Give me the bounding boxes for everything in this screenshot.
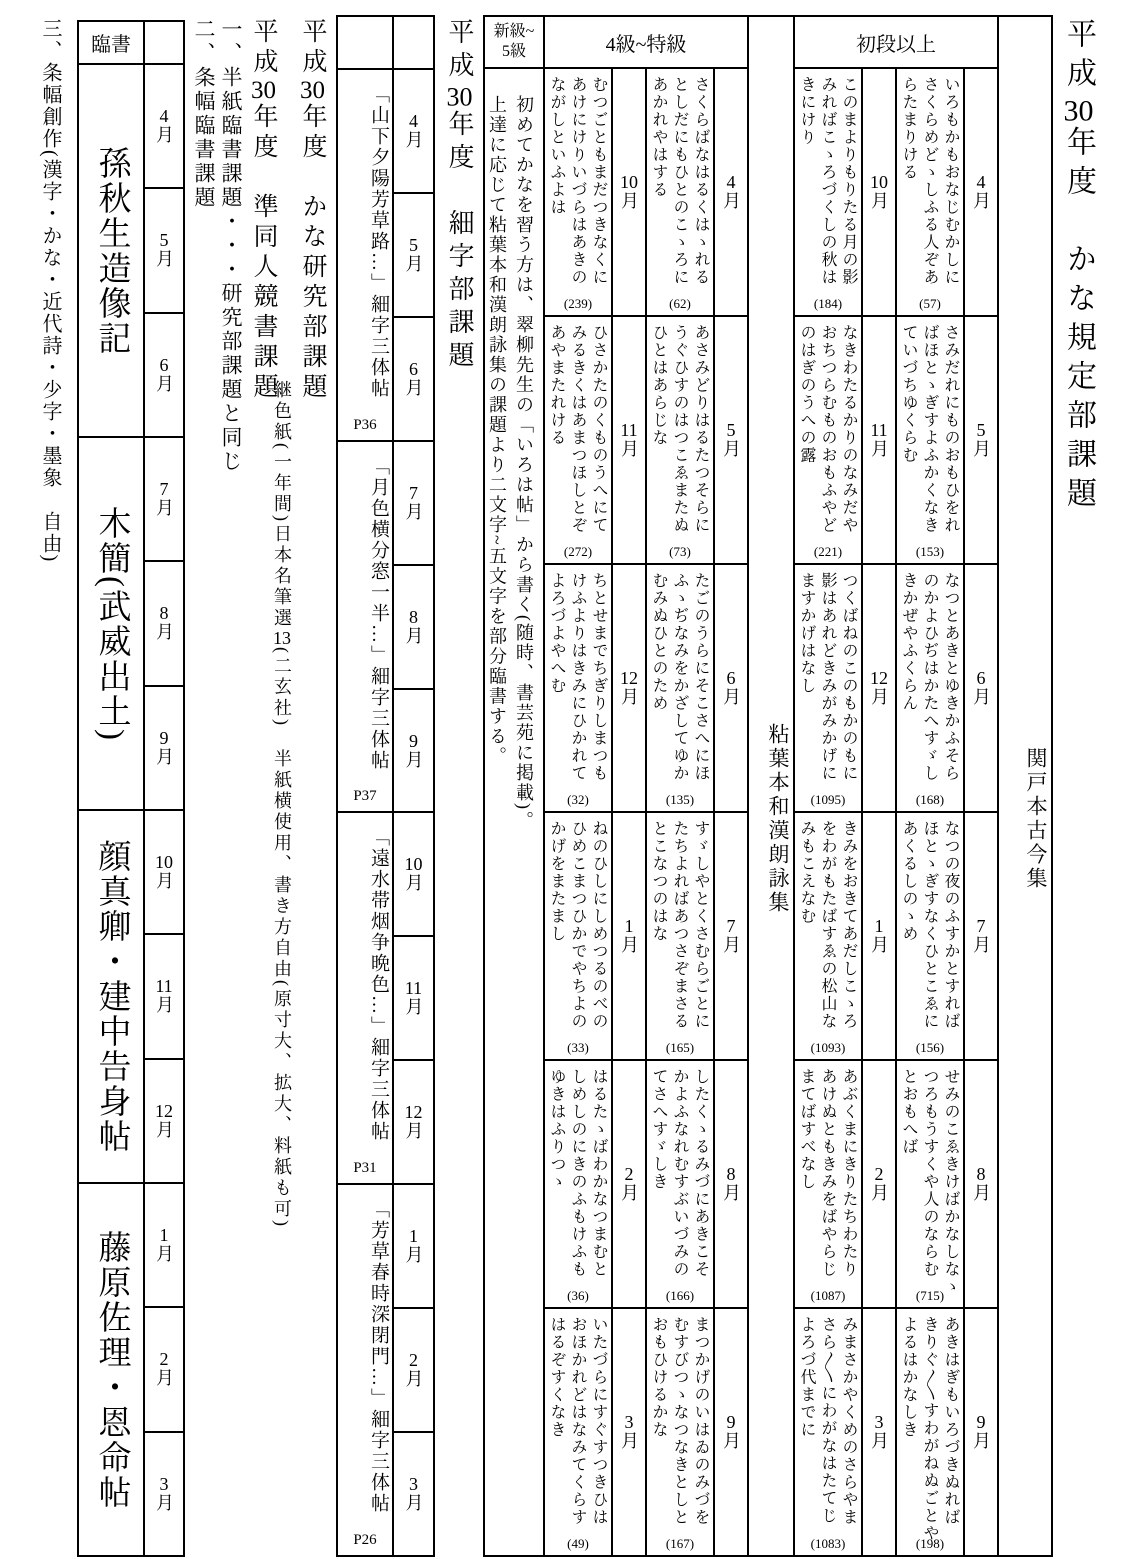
month-cell: 11月 [862,316,896,564]
month-label: 7月 [151,480,177,518]
poem-number: (272) [545,544,611,560]
month-label: 12月 [401,1103,427,1141]
month-label: 1月 [151,1226,177,1264]
month-label: 10月 [866,173,892,211]
rinsho-table: 臨書 4月5月6月7月8月9月10月11月12月1月2月3月孫秋生造像記木簡(武… [77,20,185,1557]
month-label: 7月 [401,484,427,522]
month-label: 5月 [401,236,427,274]
saiji-entry-text: 「遠水帯烟争晩色…」細字三体帖 [338,827,392,1142]
source-sekidobon-kokinshu: 関戸本古今集 [998,16,1052,1556]
poem-cell: むつごともまだつきなくにあけにけりいづらはあきのながしといふよは(239) [544,68,612,316]
month-label: 4月 [401,112,427,150]
poem-cell: まつかげのいはゐのみづをむすびつゝなつなきとしとおもひけるかな(167) [646,1308,714,1556]
poem-number: (57) [897,296,963,312]
poem-text: みまさかやくめのさらやまさら〱にわがなはたてじよろづ代までに [796,1316,859,1526]
month-label: 9月 [401,732,427,770]
source-sekidobon-kokinshu-label: 関戸本古今集 [999,17,1051,1555]
rinsho-entry-text: 木簡(武威出土) [95,506,128,742]
poem-text: まつかげのいはゐのみづをむすびつゝなつなきとしとおもひけるかな [648,1316,711,1526]
header-4kyu-tokkyu: 4級~特級 [544,16,748,68]
month-label: 12月 [151,1102,177,1140]
saiji-entry-page: P36 [338,417,392,434]
poem-cell: あさみどりはるたつそらにうぐひすのはつこゑまたぬひとはあらじな(73) [646,316,714,564]
month-cell: 7月 [714,812,748,1060]
month-cell: 8月 [144,561,184,685]
header-shodan-ijou: 初段以上 [794,16,998,68]
month-label: 9月 [718,1413,744,1451]
poem-text: あさみどりはるたつそらにうぐひすのはつこゑまたぬひとはあらじな [648,324,711,534]
month-cell: 10月 [862,68,896,316]
month-label: 2月 [151,1350,177,1388]
month-label: 8月 [401,608,427,646]
rinsho-entry-cell: 顔真卿・建中告身帖 [78,810,144,1183]
month-label: 4月 [151,107,177,145]
rinsho-entry-text: 顔真卿・建中告身帖 [95,839,128,1154]
month-label: 12月 [616,669,642,707]
month-label: 8月 [968,1165,994,1203]
poem-number: (49) [545,1536,611,1552]
poem-number: (715) [897,1288,963,1304]
poem-text: ひさかたのくものうへにてみるきくはあまつほしとぞあやまたれける [546,324,609,534]
month-cell: 1月 [393,1184,434,1308]
source-decchobon-wakanroeishu-label: 粘葉本和漢朗詠集 [749,17,793,1555]
month-cell: 1月 [144,1183,184,1307]
poem-cell: たごのうらにそこさへにほふゝぢなみをかざしてゆかむみぬひとのため(135) [646,564,714,812]
saiji-header-empty-content [337,16,393,69]
month-cell: 4月 [393,69,434,193]
month-label: 5月 [718,421,744,459]
poem-cell: つくばねのこのもかのもに影はあれどきみがみかげにますかげはなし(1095) [794,564,862,812]
poem-cell: すゞしやとくさむらごとにたちよればあつさぞまさるとこなつのはな(165) [646,812,714,1060]
poem-cell: いたづらにすぐすつきひはおほかれどはなみてくらすはるぞすくなき(49) [544,1308,612,1556]
month-cell: 5月 [393,193,434,317]
poem-number: (1083) [795,1536,861,1552]
poem-number: (167) [647,1536,713,1552]
month-cell: 11月 [612,316,646,564]
month-cell: 12月 [144,1059,184,1183]
month-cell: 7月 [964,812,998,1060]
month-label: 6月 [968,669,994,707]
poem-number: (1087) [795,1288,861,1304]
saiji-entry-cell: 「山下夕陽芳草路…」細字三体帖P36 [337,69,393,441]
month-cell: 9月 [714,1308,748,1556]
month-cell: 7月 [144,437,184,561]
month-label: 2月 [616,1165,642,1203]
poem-number: (1093) [795,1040,861,1056]
month-cell: 8月 [964,1060,998,1308]
month-cell: 2月 [612,1060,646,1308]
saiji-entry-cell: 「遠水帯烟争晩色…」細字三体帖P31 [337,812,393,1184]
rinsho-header-empty-month [144,21,184,64]
page-title: 平成30年度 かな規定部課題 [1056,18,1100,516]
month-label: 9月 [968,1413,994,1451]
poem-text: なつとあきとゆきかふそらのかよひぢはかたへすゞしきかぜやふくらん [898,572,961,782]
poem-text: ねのひしにしめつるのべのひめこまつひかでやちよのかげをまたまし [546,820,609,1030]
poem-text: つくばねのこのもかのもに影はあれどきみがみかげにますかげはなし [796,572,859,782]
month-label: 4月 [718,173,744,211]
poem-text: したくゝるみづにあきこそかよふなれむすぶいづみのてさへすゞしき [648,1068,711,1278]
kenkyu-section-title: 平成30年度 かな研究部課題 [294,18,330,403]
poem-number: (221) [795,544,861,560]
rinsho-entry-cell: 孫秋生造像記 [78,64,144,437]
month-label: 11月 [616,421,642,459]
month-cell: 8月 [714,1060,748,1308]
poem-text: ちとせまでちぎりしまつもけふよりはきみにひかれてよろづよやへむ [546,572,609,782]
month-label: 6月 [151,356,177,394]
month-label: 6月 [401,360,427,398]
month-label: 9月 [151,729,177,767]
saiji-section-title: 平成30年度 細字部課題 [441,18,478,374]
month-label: 5月 [968,421,994,459]
rinsho-entry-text: 孫秋生造像記 [95,146,128,356]
poem-cell: このまよりもりたる月の影みればこゝろづくしの秋はきにけり(184) [794,68,862,316]
shinkyu-note-cell: 初めてかなを習う方は、翠柳先生の「いろは帖」から書く(随時、書芸苑に掲載)。 上… [484,68,544,1556]
month-label: 10月 [401,855,427,893]
month-cell: 9月 [393,689,434,813]
month-cell: 3月 [612,1308,646,1556]
month-cell: 2月 [144,1307,184,1431]
poem-number: (32) [545,792,611,808]
month-cell: 10月 [393,812,434,936]
poem-text: いたづらにすぐすつきひはおほかれどはなみてくらすはるぞすくなき [546,1316,609,1526]
month-cell: 4月 [714,68,748,316]
month-label: 6月 [718,669,744,707]
month-label: 7月 [968,917,994,955]
month-cell: 9月 [144,686,184,810]
month-cell: 2月 [393,1308,434,1432]
poem-cell: あきはぎもいろづきぬればきりぐ〱すわがねぬごとやよるはかなしき(198) [896,1308,964,1556]
month-label: 2月 [401,1351,427,1389]
poem-cell: いろもかもおなじむかしにさくらめどゝしふる人ぞあらたまりける(57) [896,68,964,316]
poem-cell: なきわたるかりのなみだやおちつらむものおもふやどのはぎのうへの露(221) [794,316,862,564]
page-root: 平成30年度 かな規定部課題 初段以上 4級~特級 新級~ 5級 関戸本古今集 … [0,0,1124,1559]
month-label: 12月 [866,669,892,707]
month-cell: 12月 [393,1060,434,1184]
poem-number: (33) [545,1040,611,1056]
month-cell: 2月 [862,1060,896,1308]
month-label: 7月 [718,917,744,955]
poem-cell: みまさかやくめのさらやまさら〱にわがなはたてじよろづ代までに(1083) [794,1308,862,1556]
poem-number: (135) [647,792,713,808]
month-cell: 3月 [862,1308,896,1556]
saiji-header-empty-month [393,16,434,69]
poem-cell: さみだれにものおもひをればほとゝぎすよふかくなきていづちゆくらむ(153) [896,316,964,564]
poem-cell: あぶくまにきりたちわたりあけぬともきみをばやらじまてばすべなし(1087) [794,1060,862,1308]
month-cell: 5月 [714,316,748,564]
poem-number: (165) [647,1040,713,1056]
poem-number: (153) [897,544,963,560]
source-decchobon-wakanroeishu: 粘葉本和漢朗詠集 [748,16,794,1556]
month-cell: 6月 [393,317,434,441]
month-label: 1月 [866,917,892,955]
list-item-hanshi-rinsho: 一、半紙臨書課題・・・研究部課題と同じ [216,18,246,474]
poem-number: (36) [545,1288,611,1304]
poem-text: あきはぎもいろづきぬればきりぐ〱すわがねぬごとやよるはかなしき [898,1316,961,1542]
saiji-entry-text: 「月色横分窓一半…」細字三体帖 [338,456,392,771]
month-label: 3月 [401,1475,427,1513]
saiji-table: 4月5月6月7月8月9月10月11月12月1月2月3月「山下夕陽芳草路…」細字三… [336,15,435,1557]
shinkyu-note-text: 初めてかなを習う方は、翠柳先生の「いろは帖」から書く(随時、書芸苑に掲載)。 上… [483,69,543,1555]
jundoujin-section-title: 平成30年度 準同人競書課題 [245,18,281,403]
rinsho-entry-cell: 木簡(武威出土) [78,437,144,810]
poem-number: (198) [897,1536,963,1552]
month-cell: 7月 [393,441,434,565]
poem-text: なつの夜のふすかとすればほとゝぎすなくひとこゑにあくるしのゝめ [898,820,961,1030]
saiji-entry-page: P31 [338,1160,392,1177]
month-cell: 5月 [144,188,184,312]
month-label: 8月 [151,604,177,642]
poem-text: いろもかもおなじむかしにさくらめどゝしふる人ぞあらたまりける [898,76,961,286]
poem-text: すゞしやとくさむらごとにたちよればあつさぞまさるとこなつのはな [648,820,711,1030]
poem-text: このまよりもりたる月の影みればこゝろづくしの秋はきにけり [796,76,859,286]
month-cell: 12月 [862,564,896,812]
saiji-entry-page: P26 [338,1532,392,1549]
month-label: 2月 [866,1165,892,1203]
poem-cell: したくゝるみづにあきこそかよふなれむすぶいづみのてさへすゞしき(166) [646,1060,714,1308]
rinsho-header: 臨書 [78,21,144,64]
poem-number: (168) [897,792,963,808]
poem-number: (184) [795,296,861,312]
poem-number: (239) [545,296,611,312]
month-cell: 1月 [862,812,896,1060]
list-item-jofuku-sosaku: 三、条幅創作(漢字・かな・近代詩・少字・墨象 自由) [36,18,65,563]
month-label: 1月 [616,917,642,955]
month-cell: 3月 [393,1432,434,1556]
month-cell: 6月 [144,313,184,437]
poem-text: たごのうらにそこさへにほふゝぢなみをかざしてゆかむみぬひとのため [648,572,711,782]
month-cell: 12月 [612,564,646,812]
month-label: 3月 [866,1413,892,1451]
month-cell: 11月 [393,936,434,1060]
poem-cell: ちとせまでちぎりしまつもけふよりはきみにひかれてよろづよやへむ(32) [544,564,612,812]
month-cell: 6月 [964,564,998,812]
month-label: 3月 [616,1413,642,1451]
poem-text: さみだれにものおもひをればほとゝぎすよふかくなきていづちゆくらむ [898,324,961,534]
poem-text: あぶくまにきりたちわたりあけぬともきみをばやらじまてばすべなし [796,1068,859,1278]
poem-cell: せみのこゑきけばかなしなゝつろもうすくや人のならむとおもへば(715) [896,1060,964,1308]
month-cell: 8月 [393,565,434,689]
month-cell: 3月 [144,1432,184,1556]
month-label: 5月 [151,231,177,269]
poem-number: (73) [647,544,713,560]
poem-text: せみのこゑきけばかなしなゝつろもうすくや人のならむとおもへば [898,1068,961,1296]
poem-text: さくらばなはるくはゝれるとしだにもひとのこゝろにあかれやはする [648,76,711,286]
rinsho-entry-text: 藤原佐理・恩命帖 [95,1230,128,1510]
month-label: 3月 [151,1475,177,1513]
month-cell: 10月 [612,68,646,316]
rinsho-entry-cell: 藤原佐理・恩命帖 [78,1183,144,1556]
month-label: 10月 [151,853,177,891]
poem-number: (166) [647,1288,713,1304]
month-cell: 6月 [714,564,748,812]
poem-cell: きみをおきてあだしこゝろをわがもたばすゑの松山なみもこえなむ(1093) [794,812,862,1060]
poem-cell: さくらばなはるくはゝれるとしだにもひとのこゝろにあかれやはする(62) [646,68,714,316]
header-shinkyu-5kyu: 新級~ 5級 [484,16,544,68]
saiji-entry-cell: 「芳草春時深閉門…」細字三体帖P26 [337,1184,393,1556]
month-label: 11月 [401,979,427,1017]
month-cell: 5月 [964,316,998,564]
month-label: 4月 [968,173,994,211]
month-label: 1月 [401,1227,427,1265]
kitei-table: 初段以上 4級~特級 新級~ 5級 関戸本古今集 粘葉本和漢朗詠集 初めてかなを… [483,15,1053,1557]
month-cell: 10月 [144,810,184,934]
month-label: 8月 [718,1165,744,1203]
kenkyu-section-subnote: 継色紙(一年間)日本名筆選13(二玄社) 半紙横使用、書き方自由(原寸大、拡大、… [269,380,295,1229]
list-item-jofuku-rinsho: 二、条幅臨書課題 [189,18,219,210]
month-cell: 11月 [144,934,184,1058]
poem-text: むつごともまだつきなくにあけにけりいづらはあきのながしといふよは [546,76,609,286]
poem-cell: はるたゝばわかなつまむとしめしのにきのふもけふもゆきはふりつゝ(36) [544,1060,612,1308]
poem-cell: ひさかたのくものうへにてみるきくはあまつほしとぞあやまたれける(272) [544,316,612,564]
poem-cell: なつとあきとゆきかふそらのかよひぢはかたへすゞしきかぜやふくらん(168) [896,564,964,812]
month-cell: 4月 [144,64,184,188]
month-label: 11月 [866,421,892,459]
saiji-entry-text: 「山下夕陽芳草路…」細字三体帖 [338,84,392,399]
month-cell: 9月 [964,1308,998,1556]
saiji-entry-page: P37 [338,788,392,805]
poem-text: なきわたるかりのなみだやおちつらむものおもふやどのはぎのうへの露 [796,324,859,534]
month-cell: 1月 [612,812,646,1060]
poem-number: (1095) [795,792,861,808]
poem-number: (62) [647,296,713,312]
month-label: 11月 [151,977,177,1015]
saiji-entry-cell: 「月色横分窓一半…」細字三体帖P37 [337,441,393,813]
poem-text: はるたゝばわかなつまむとしめしのにきのふもけふもゆきはふりつゝ [546,1068,609,1278]
month-cell: 4月 [964,68,998,316]
saiji-entry-text: 「芳草春時深閉門…」細字三体帖 [338,1199,392,1514]
poem-number: (156) [897,1040,963,1056]
poem-cell: ねのひしにしめつるのべのひめこまつひかでやちよのかげをまたまし(33) [544,812,612,1060]
month-label: 10月 [616,173,642,211]
poem-cell: なつの夜のふすかとすればほとゝぎすなくひとこゑにあくるしのゝめ(156) [896,812,964,1060]
poem-text: きみをおきてあだしこゝろをわがもたばすゑの松山なみもこえなむ [796,820,859,1030]
